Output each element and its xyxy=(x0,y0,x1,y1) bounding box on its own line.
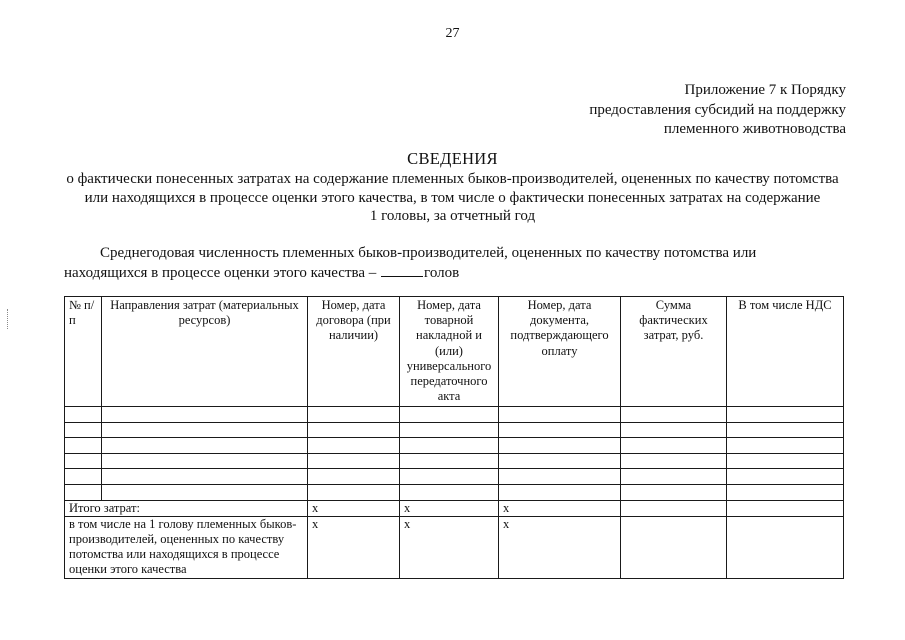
cell-expense-direction[interactable] xyxy=(102,438,308,454)
per-head-contract-cell: x xyxy=(308,516,400,578)
cell-invoice[interactable] xyxy=(400,453,499,469)
header-expense-direction: Направления затрат (материальных ресурсо… xyxy=(102,297,308,407)
total-payment-doc-cell: x xyxy=(499,500,621,516)
cell-expense-direction[interactable] xyxy=(102,453,308,469)
total-invoice-cell: x xyxy=(400,500,499,516)
cell-vat[interactable] xyxy=(727,469,844,485)
table-row xyxy=(65,453,844,469)
page-number: 27 xyxy=(0,26,905,42)
cell-vat[interactable] xyxy=(727,407,844,423)
cell-expense-direction[interactable] xyxy=(102,484,308,500)
per-head-vat-cell[interactable] xyxy=(727,516,844,578)
cell-vat[interactable] xyxy=(727,422,844,438)
cell-contract[interactable] xyxy=(308,422,400,438)
total-vat-cell[interactable] xyxy=(727,500,844,516)
average-headcount-paragraph: Среднегодовая численность племенных быко… xyxy=(64,244,854,283)
cell-contract[interactable] xyxy=(308,407,400,423)
table-row xyxy=(65,407,844,423)
appendix-line-1: Приложение 7 к Порядку xyxy=(589,81,846,101)
cell-expense-direction[interactable] xyxy=(102,469,308,485)
expenses-table: № п/п Направления затрат (материальных р… xyxy=(64,296,844,579)
cell-contract[interactable] xyxy=(308,438,400,454)
appendix-reference: Приложение 7 к Порядку предоставления су… xyxy=(589,81,846,140)
paragraph-unit: голов xyxy=(424,265,459,281)
table-row xyxy=(65,484,844,500)
cell-number[interactable] xyxy=(65,484,102,500)
header-actual-costs: Сумма фактических затрат, руб. xyxy=(621,297,727,407)
per-head-sum-cell[interactable] xyxy=(621,516,727,578)
cell-payment-doc[interactable] xyxy=(499,484,621,500)
subtitle-line-1: о фактически понесенных затратах на соде… xyxy=(40,170,865,189)
header-contract: Номер, дата договора (при наличии) xyxy=(308,297,400,407)
cell-payment-doc[interactable] xyxy=(499,438,621,454)
cell-payment-doc[interactable] xyxy=(499,453,621,469)
scan-artifact-mark xyxy=(7,309,9,329)
cell-invoice[interactable] xyxy=(400,438,499,454)
cell-sum[interactable] xyxy=(621,484,727,500)
per-head-label: в том числе на 1 голову племенных быков-… xyxy=(65,516,308,578)
table-row xyxy=(65,422,844,438)
cell-vat[interactable] xyxy=(727,438,844,454)
document-subtitle: о фактически понесенных затратах на соде… xyxy=(40,170,865,226)
cell-sum[interactable] xyxy=(621,453,727,469)
cell-invoice[interactable] xyxy=(400,407,499,423)
document-title: СВЕДЕНИЯ xyxy=(0,149,905,169)
headcount-blank-field[interactable] xyxy=(381,263,423,277)
cell-number[interactable] xyxy=(65,438,102,454)
cell-sum[interactable] xyxy=(621,469,727,485)
per-head-row: в том числе на 1 голову племенных быков-… xyxy=(65,516,844,578)
appendix-line-3: племенного животноводства xyxy=(589,120,846,140)
cell-vat[interactable] xyxy=(727,453,844,469)
cell-invoice[interactable] xyxy=(400,469,499,485)
subtitle-line-2: или находящихся в процессе оценки этого … xyxy=(40,189,865,208)
subtitle-line-3: 1 головы, за отчетный год xyxy=(40,207,865,226)
header-vat: В том числе НДС xyxy=(727,297,844,407)
cell-sum[interactable] xyxy=(621,407,727,423)
table-row xyxy=(65,438,844,454)
cell-contract[interactable] xyxy=(308,484,400,500)
per-head-payment-doc-cell: x xyxy=(499,516,621,578)
cell-payment-doc[interactable] xyxy=(499,422,621,438)
cell-number[interactable] xyxy=(65,422,102,438)
cell-sum[interactable] xyxy=(621,438,727,454)
header-number: № п/п xyxy=(65,297,102,407)
cell-payment-doc[interactable] xyxy=(499,407,621,423)
cell-sum[interactable] xyxy=(621,422,727,438)
cell-contract[interactable] xyxy=(308,453,400,469)
cell-payment-doc[interactable] xyxy=(499,469,621,485)
header-invoice: Номер, дата товарной накладной и (или) у… xyxy=(400,297,499,407)
table-row xyxy=(65,469,844,485)
paragraph-line-1: Среднегодовая численность племенных быко… xyxy=(100,245,756,261)
total-row: Итого затрат: x x x xyxy=(65,500,844,516)
paragraph-line-2: находящихся в процессе оценки этого каче… xyxy=(64,265,376,281)
cell-contract[interactable] xyxy=(308,469,400,485)
cell-invoice[interactable] xyxy=(400,484,499,500)
total-label: Итого затрат: xyxy=(65,500,308,516)
per-head-invoice-cell: x xyxy=(400,516,499,578)
header-payment-document: Номер, дата документа, подтверждающего о… xyxy=(499,297,621,407)
cell-number[interactable] xyxy=(65,407,102,423)
total-contract-cell: x xyxy=(308,500,400,516)
cell-number[interactable] xyxy=(65,469,102,485)
table-header-row: № п/п Направления затрат (материальных р… xyxy=(65,297,844,407)
cell-vat[interactable] xyxy=(727,484,844,500)
appendix-line-2: предоставления субсидий на поддержку xyxy=(589,101,846,121)
total-sum-cell[interactable] xyxy=(621,500,727,516)
cell-expense-direction[interactable] xyxy=(102,422,308,438)
cell-number[interactable] xyxy=(65,453,102,469)
cell-invoice[interactable] xyxy=(400,422,499,438)
cell-expense-direction[interactable] xyxy=(102,407,308,423)
